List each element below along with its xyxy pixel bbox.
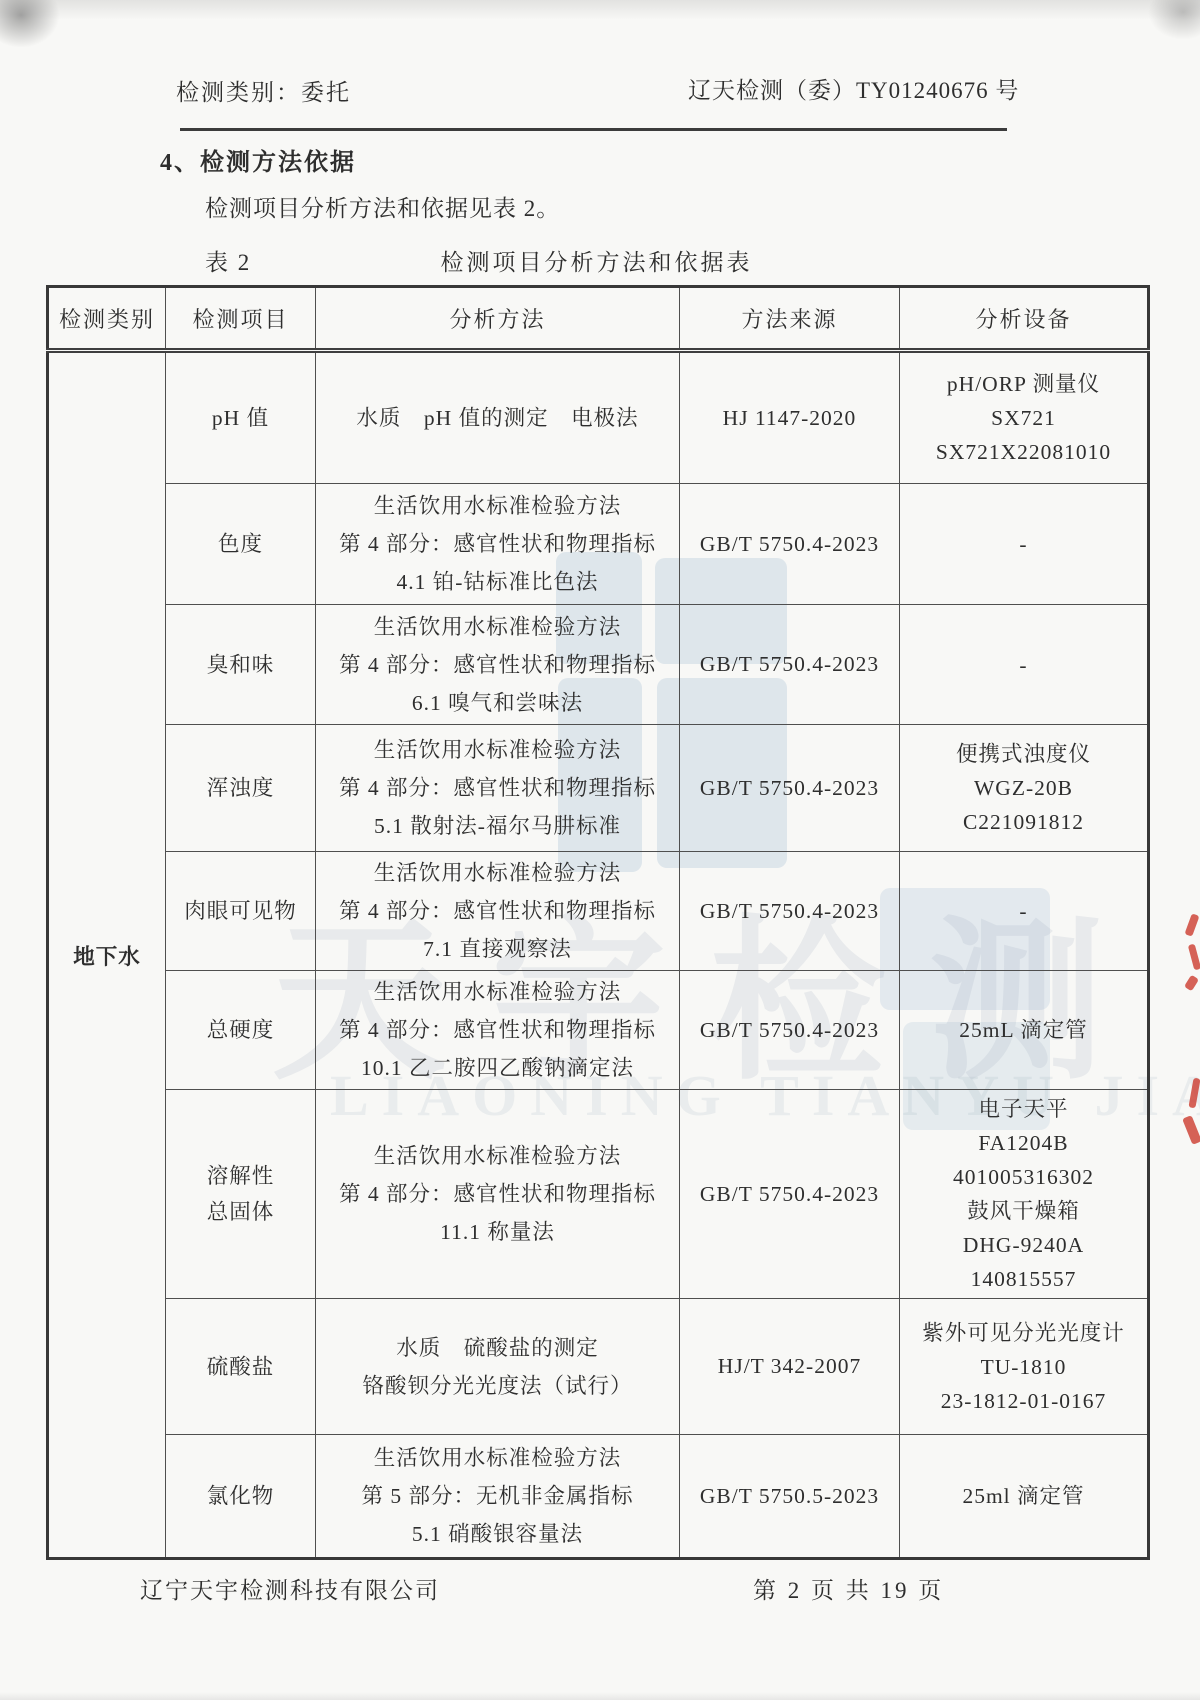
methods-table: 检测类别 检测项目 分析方法 方法来源 分析设备 地下水 pH 值 水质 pH … xyxy=(46,285,1150,1560)
item-cell: 硫酸盐 xyxy=(166,1299,316,1435)
scan-shadow-bottom xyxy=(0,1692,1200,1700)
table-row: 溶解性 总固体 生活饮用水标准检验方法 第 4 部分：感官性状和物理指标 11.… xyxy=(48,1090,1149,1299)
equipment-cell: pH/ORP 测量仪 SX721 SX721X22081010 xyxy=(900,351,1149,484)
equipment-cell: 电子天平 FA1204B 401005316302 鼓风干燥箱 DHG-9240… xyxy=(900,1090,1149,1299)
method-cell: 生活饮用水标准检验方法 第 4 部分：感官性状和物理指标 11.1 称量法 xyxy=(316,1090,680,1299)
method-cell: 生活饮用水标准检验方法 第 5 部分：无机非金属指标 5.1 硝酸银容量法 xyxy=(316,1435,680,1559)
source-cell: HJ/T 342-2007 xyxy=(680,1299,900,1435)
table-row: 地下水 pH 值 水质 pH 值的测定 电极法 HJ 1147-2020 pH/… xyxy=(48,351,1149,484)
item-cell: 溶解性 总固体 xyxy=(166,1090,316,1299)
equipment-cell: - xyxy=(900,605,1149,725)
red-stamp-fragment xyxy=(1182,1115,1200,1145)
intro-text: 检测项目分析方法和依据见表 2。 xyxy=(205,190,560,223)
source-cell: HJ 1147-2020 xyxy=(680,351,900,484)
red-stamp-fragment xyxy=(1188,1078,1200,1109)
equipment-cell: 25mL 滴定管 xyxy=(900,971,1149,1090)
table-row: 肉眼可见物 生活饮用水标准检验方法 第 4 部分：感官性状和物理指标 7.1 直… xyxy=(48,852,1149,971)
method-cell: 生活饮用水标准检验方法 第 4 部分：感官性状和物理指标 6.1 嗅气和尝味法 xyxy=(316,605,680,725)
method-cell: 生活饮用水标准检验方法 第 4 部分：感官性状和物理指标 10.1 乙二胺四乙酸… xyxy=(316,971,680,1090)
table-row: 浑浊度 生活饮用水标准检验方法 第 4 部分：感官性状和物理指标 5.1 散射法… xyxy=(48,725,1149,852)
equipment-cell: - xyxy=(900,852,1149,971)
equipment-cell: 便携式浊度仪 WGZ-20B C221091812 xyxy=(900,725,1149,852)
scanned-report-page: 天宇检测 LIAONING TIANYU JIANCE 检测类别：委托 辽天检测… xyxy=(0,0,1200,1700)
footer-page-number: 第 2 页 共 19 页 xyxy=(753,1572,944,1605)
item-cell: pH 值 xyxy=(166,351,316,484)
table-row: 氯化物 生活饮用水标准检验方法 第 5 部分：无机非金属指标 5.1 硝酸银容量… xyxy=(48,1435,1149,1559)
item-cell: 臭和味 xyxy=(166,605,316,725)
section-title: 4、检测方法依据 xyxy=(160,142,356,177)
source-cell: GB/T 5750.4-2023 xyxy=(680,605,900,725)
equipment-cell: 25ml 滴定管 xyxy=(900,1435,1149,1559)
source-cell: GB/T 5750.4-2023 xyxy=(680,1090,900,1299)
method-cell: 生活饮用水标准检验方法 第 4 部分：感官性状和物理指标 7.1 直接观察法 xyxy=(316,852,680,971)
column-header-method: 分析方法 xyxy=(316,287,680,351)
equipment-cell: - xyxy=(900,484,1149,605)
table-row: 色度 生活饮用水标准检验方法 第 4 部分：感官性状和物理指标 4.1 铂-钴标… xyxy=(48,484,1149,605)
table-row: 臭和味 生活饮用水标准检验方法 第 4 部分：感官性状和物理指标 6.1 嗅气和… xyxy=(48,605,1149,725)
footer-company-name: 辽宁天宇检测科技有限公司 xyxy=(140,1572,440,1605)
method-cell: 生活饮用水标准检验方法 第 4 部分：感官性状和物理指标 4.1 铂-钴标准比色… xyxy=(316,484,680,605)
source-cell: GB/T 5750.4-2023 xyxy=(680,484,900,605)
method-cell: 水质 硫酸盐的测定 铬酸钡分光光度法（试行） xyxy=(316,1299,680,1435)
item-cell: 肉眼可见物 xyxy=(166,852,316,971)
red-stamp-fragment xyxy=(1184,913,1199,936)
report-category-label: 检测类别：委托 xyxy=(176,74,351,107)
table-header-row: 检测类别 检测项目 分析方法 方法来源 分析设备 xyxy=(48,287,1149,351)
table-row: 硫酸盐 水质 硫酸盐的测定 铬酸钡分光光度法（试行） HJ/T 342-2007… xyxy=(48,1299,1149,1435)
red-stamp-fragment xyxy=(1188,944,1200,971)
column-header-source: 方法来源 xyxy=(680,287,900,351)
table-row: 总硬度 生活饮用水标准检验方法 第 4 部分：感官性状和物理指标 10.1 乙二… xyxy=(48,971,1149,1090)
methods-table-container: 检测类别 检测项目 分析方法 方法来源 分析设备 地下水 pH 值 水质 pH … xyxy=(46,285,1147,1560)
scan-shadow-top xyxy=(0,0,1200,20)
source-cell: GB/T 5750.5-2023 xyxy=(680,1435,900,1559)
column-header-item: 检测项目 xyxy=(166,287,316,351)
method-cell: 水质 pH 值的测定 电极法 xyxy=(316,351,680,484)
equipment-cell: 紫外可见分光光度计 TU-1810 23-1812-01-0167 xyxy=(900,1299,1149,1435)
method-cell: 生活饮用水标准检验方法 第 4 部分：感官性状和物理指标 5.1 散射法-福尔马… xyxy=(316,725,680,852)
report-number: 辽天检测（委）TY01240676 号 xyxy=(688,72,1019,105)
item-cell: 色度 xyxy=(166,484,316,605)
item-cell: 氯化物 xyxy=(166,1435,316,1559)
category-cell: 地下水 xyxy=(48,351,166,1559)
source-cell: GB/T 5750.4-2023 xyxy=(680,971,900,1090)
table-caption-title: 检测项目分析方法和依据表 xyxy=(46,244,1147,277)
source-cell: GB/T 5750.4-2023 xyxy=(680,725,900,852)
item-cell: 总硬度 xyxy=(166,971,316,1090)
red-stamp-fragment xyxy=(1184,975,1199,992)
item-cell: 浑浊度 xyxy=(166,725,316,852)
header-divider-line xyxy=(180,128,1007,131)
source-cell: GB/T 5750.4-2023 xyxy=(680,852,900,971)
column-header-category: 检测类别 xyxy=(48,287,166,351)
column-header-equipment: 分析设备 xyxy=(900,287,1149,351)
